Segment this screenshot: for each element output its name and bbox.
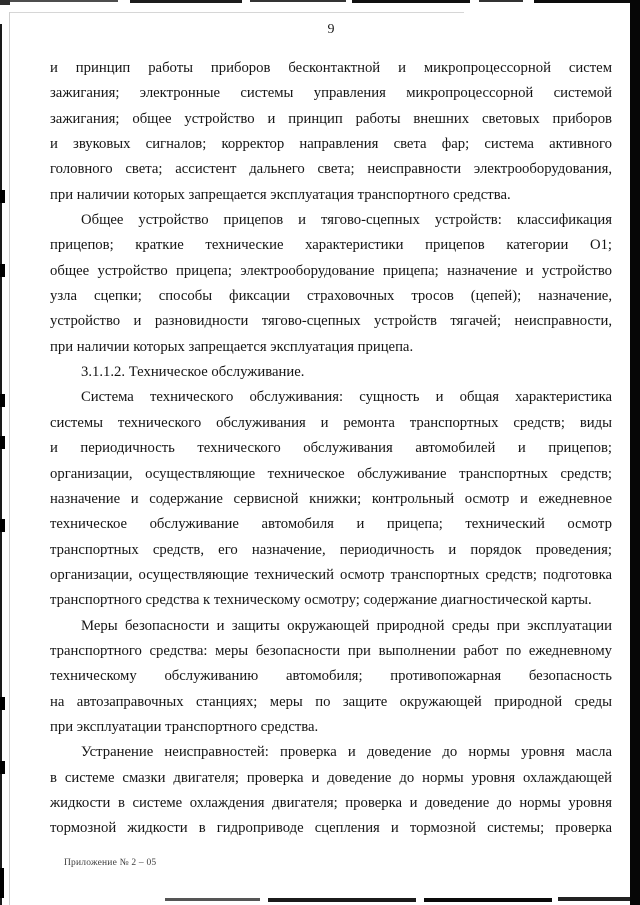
- scan-edge-artifact-left-tick: [0, 264, 5, 277]
- text-line: организации, осуществляющие технический …: [50, 563, 612, 588]
- text-line: при наличии которых запрещается эксплуат…: [50, 335, 612, 360]
- text-line: зажигания; электронные системы управлени…: [50, 81, 612, 106]
- text-line: устройство и разновидности тягово-сцепны…: [50, 309, 612, 334]
- scan-edge-artifact-bottom: [424, 898, 552, 902]
- text-line: техническому обслуживанию автомобиля; пр…: [50, 664, 612, 689]
- text-line: головного света; ассистент дальнего свет…: [50, 157, 612, 182]
- text-line: назначение и содержание сервисной книжки…: [50, 487, 612, 512]
- scan-edge-artifact-top: [479, 0, 523, 2]
- paragraph-troubleshooting: Устранение неисправностей: проверка и до…: [50, 740, 612, 841]
- page-border-line-vertical: [9, 12, 10, 905]
- paragraph-safety-measures: Меры безопасности и защиты окружающей пр…: [50, 614, 612, 741]
- text-line: техническое обслуживание автомобиля и пр…: [50, 512, 612, 537]
- text-line: транспортного средства к техническому ос…: [50, 588, 612, 613]
- paragraph-ignition-systems: и принцип работы приборов бесконтактной …: [50, 56, 612, 208]
- scan-edge-artifact-left-tick: [0, 436, 5, 449]
- text-line: организации, осуществляющие техническое …: [50, 462, 612, 487]
- scan-edge-artifact-bottom: [165, 898, 260, 901]
- text-line: Система технического обслуживания: сущно…: [50, 385, 612, 410]
- text-line: общее устройство прицепа; электрооборудо…: [50, 259, 612, 284]
- text-line: Устранение неисправностей: проверка и до…: [50, 740, 612, 765]
- paragraph-maintenance-system: Система технического обслуживания: сущно…: [50, 385, 612, 613]
- scan-edge-artifact-left-tick: [0, 394, 5, 407]
- scan-edge-artifact-top: [352, 0, 470, 3]
- scan-edge-artifact-right: [630, 0, 640, 905]
- text-line: на автозаправочных станциях; меры по защ…: [50, 690, 612, 715]
- page-number: 9: [50, 22, 612, 38]
- text-line: транспортного средства: меры безопасност…: [50, 639, 612, 664]
- scan-edge-artifact-left: [0, 868, 4, 898]
- text-line: в системе смазки двигателя; проверка и д…: [50, 766, 612, 791]
- footer-note: Приложение № 2 – 05: [64, 858, 156, 868]
- scan-edge-artifact-top: [130, 0, 242, 3]
- text-line: системы технического обслуживания и ремо…: [50, 411, 612, 436]
- scan-edge-artifact-top: [250, 0, 346, 2]
- text-line: 3.1.1.2. Техническое обслуживание.: [50, 360, 612, 385]
- text-line: и периодичность технического обслуживани…: [50, 436, 612, 461]
- text-line: при эксплуатации транспортного средства.: [50, 715, 612, 740]
- scan-edge-artifact-bottom: [558, 897, 630, 901]
- paragraph-trailers: Общее устройство прицепов и тягово-сцепн…: [50, 208, 612, 360]
- scan-edge-artifact-left-tick: [0, 190, 5, 203]
- scan-edge-artifact-corner: [0, 0, 10, 5]
- text-line: и звуковых сигналов; корректор направлен…: [50, 132, 612, 157]
- scan-edge-artifact-left-tick: [0, 697, 5, 710]
- document-body: и принцип работы приборов бесконтактной …: [50, 56, 612, 842]
- text-line: Меры безопасности и защиты окружающей пр…: [50, 614, 612, 639]
- text-line: при наличии которых запрещается эксплуат…: [50, 183, 612, 208]
- page-border-line-horizontal: [9, 12, 464, 13]
- text-line: жидкости в системе охлаждения двигателя;…: [50, 791, 612, 816]
- scanned-document-page: { "colors": { "paper": "#ffffff", "ink":…: [0, 0, 640, 905]
- scan-edge-artifact-top: [534, 0, 640, 3]
- text-line: тормозной жидкости в гидроприводе сцепле…: [50, 816, 612, 841]
- scan-edge-artifact-top: [0, 0, 118, 2]
- text-line: зажигания; общее устройство и принцип ра…: [50, 107, 612, 132]
- scan-edge-artifact-left-tick: [0, 761, 5, 774]
- text-line: узла сцепки; способы фиксации страховочн…: [50, 284, 612, 309]
- scan-edge-artifact-left-tick: [0, 519, 5, 532]
- text-line: и принцип работы приборов бесконтактной …: [50, 56, 612, 81]
- text-line: прицепов; краткие технические характерис…: [50, 233, 612, 258]
- text-line: Общее устройство прицепов и тягово-сцепн…: [50, 208, 612, 233]
- scan-edge-artifact-bottom: [268, 898, 416, 902]
- section-heading: 3.1.1.2. Техническое обслуживание.: [50, 360, 612, 385]
- text-line: транспортных средств, его назначение, пе…: [50, 538, 612, 563]
